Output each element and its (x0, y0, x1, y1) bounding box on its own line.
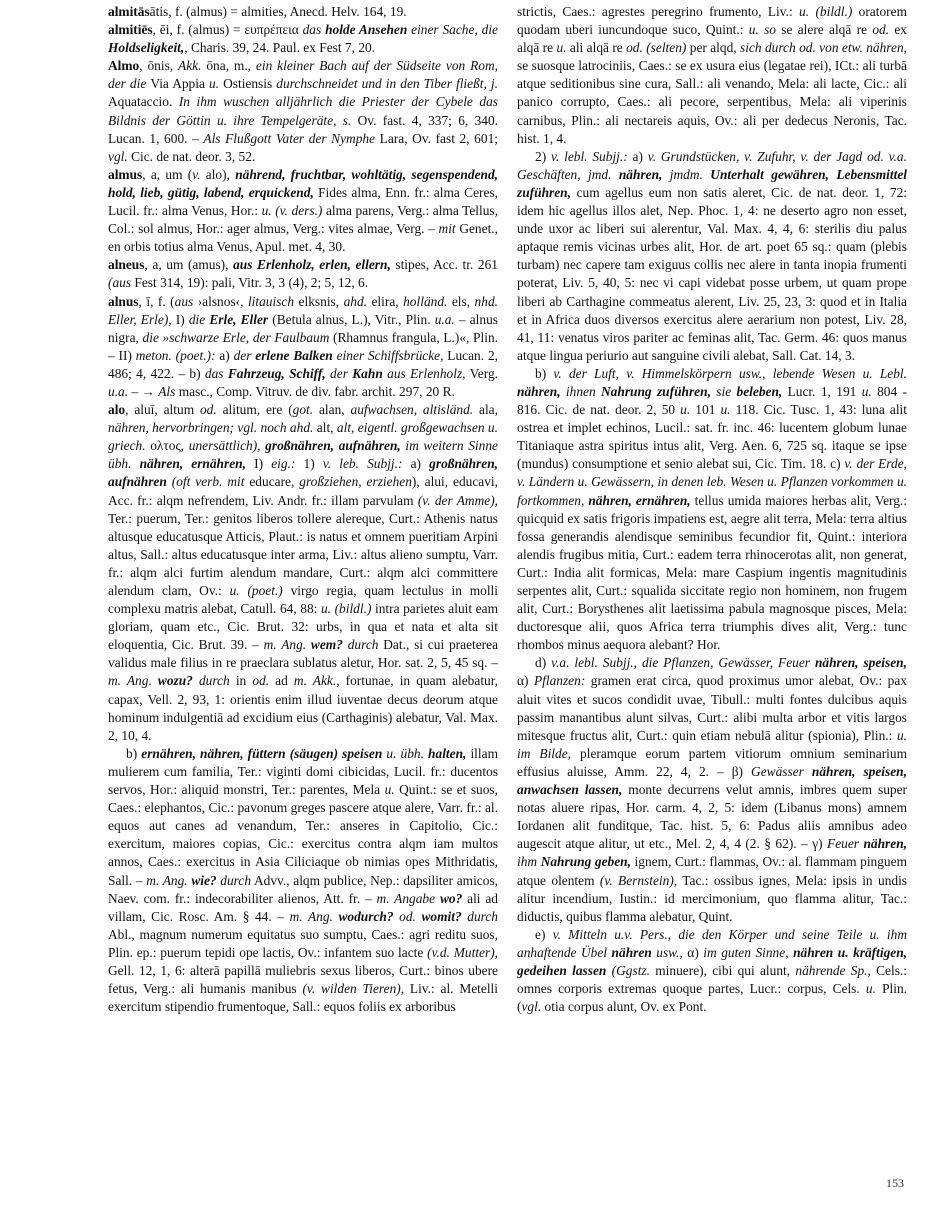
entry-text: tellus umida maiores herbas alit, Verg.:… (517, 493, 907, 653)
entry-text: ihm (517, 854, 541, 869)
entry-text: strictis, Caes.: agrestes peregrino frum… (517, 4, 799, 19)
entry-text: u. (556, 40, 566, 55)
entry-text: wo? (440, 891, 462, 906)
entry-text: per alqd, (686, 40, 740, 55)
entry-text: a) (628, 149, 648, 164)
entry-text: Ostiensis (219, 76, 276, 91)
entry-text: se suosque latrociniis, Caes.: se ex usu… (517, 58, 907, 145)
entry-text: v.a. lebl. Subjj., die Pflanzen, Gewässe… (551, 655, 815, 670)
entry-text: , ēi, f. (almus) = ευπρέπεια (153, 22, 303, 37)
entry-text: aus Erlenholz, erlen, ellern, (233, 257, 391, 272)
entry-text: u. (poet.) (230, 583, 283, 598)
entry-text: sich durch od. von etw. nähren, (740, 40, 907, 55)
entry-text: sie (711, 384, 737, 399)
entry-text: aufwachsen, altisländ. (351, 402, 474, 417)
entry-text: Verg. (466, 366, 499, 381)
entry-text: ernähren, nähren, füttern (säugen) speis… (141, 746, 382, 761)
entry-text: v. (192, 167, 200, 182)
entry-text: (oft verb. mit (172, 474, 245, 489)
entry-text: u. (680, 402, 690, 417)
entry-text: u. (862, 384, 872, 399)
entry-text: alt, (313, 420, 337, 435)
entry-text: m. Akk., (294, 673, 340, 688)
entry-text: u. so (749, 22, 776, 37)
entry-text: α) (517, 673, 534, 688)
entry-text: u. (v. ders.) (262, 203, 323, 218)
headword: alnus (108, 294, 139, 309)
entry-text: einer Sache, die (407, 22, 498, 37)
dictionary-page: almitāsātis, f. (almus) = almities, Anec… (0, 0, 935, 1210)
entry-text: eig.: (271, 456, 295, 471)
entry-text: (v. wilden Tieren), (302, 981, 404, 996)
dictionary-entry: alneus, a, um (amus), aus Erlenholz, erl… (108, 256, 498, 292)
entry-text: in (230, 673, 253, 688)
entry-text: alo), (201, 167, 236, 182)
entry-text: , a, um (amus), (144, 257, 233, 272)
entry-text: großziehen, erziehen (299, 474, 412, 489)
entry-text: , a, um ( (142, 167, 192, 182)
entry-text: u.a. (435, 312, 455, 327)
entry-text: stipes, Acc. tr. 261 (391, 257, 498, 272)
entry-text: nähren, speisen, (815, 655, 907, 670)
entry-text: Nahrung zuführen, (601, 384, 711, 399)
entry-text: Kahn (352, 366, 383, 381)
entry-text: educare, (244, 474, 299, 489)
entry-text: Pflanzen: (534, 673, 585, 688)
entry-text: b) (535, 366, 553, 381)
dictionary-entry: almitāsātis, f. (almus) = almities, Anec… (108, 3, 498, 21)
dictionary-entry: Almo, ōnis, Akk. ōna, m., ein kleiner Ba… (108, 57, 498, 166)
entry-text: einer Schiffsbrücke, (333, 348, 444, 363)
headword: almus (108, 167, 142, 182)
entry-text: – → (128, 384, 158, 399)
entry-text: nähren, ernähren, (140, 456, 246, 471)
entry-text: u. übh. (382, 746, 428, 761)
entry-text: cum agellus eum non satis aleret, Cic. d… (517, 185, 907, 363)
entry-text: od. (394, 909, 422, 924)
entry-text: ολτος, (146, 438, 189, 453)
entry-text: durchschneidet und in den Tiber fließt, … (276, 76, 498, 91)
entry-text: v. leb. Subjj.: (323, 456, 403, 471)
entry-text: I) (246, 456, 271, 471)
entry-text: alitum, ere ( (217, 402, 293, 417)
entry-text: d) (535, 655, 551, 670)
entry-text: Als (158, 384, 175, 399)
entry-text: nähren, ernähren, (588, 493, 690, 508)
left-column: almitāsātis, f. (almus) = almities, Anec… (108, 3, 498, 1016)
entry-text: durch (217, 873, 251, 888)
entry-text: , ōnis, (139, 58, 178, 73)
dictionary-entry: b) ernähren, nähren, füttern (säugen) sp… (108, 745, 498, 1016)
entry-text: u. (720, 402, 730, 417)
entry-text: 101 (690, 402, 720, 417)
entry-text: litauisch (248, 294, 294, 309)
entry-text: aus Erlenholz, (383, 366, 466, 381)
entry-text: I) (172, 312, 189, 327)
entry-text: nähren, (863, 836, 907, 851)
entry-text: ala, (473, 402, 498, 417)
headword: Almo (108, 58, 139, 73)
entry-text: u. (bildl.) (321, 601, 371, 616)
entry-text: (Ggstz. (612, 963, 650, 978)
entry-text: Akk. (178, 58, 201, 73)
entry-text: m. Ang. (108, 673, 158, 688)
headword: almitiēs (108, 22, 153, 37)
entry-text: Erle, Eller (209, 312, 268, 327)
dictionary-entry: almus, a, um (v. alo), nährend, fruchtba… (108, 166, 498, 256)
entry-text: ad (269, 673, 294, 688)
entry-text: Feuer (827, 836, 863, 851)
entry-text: nähren (612, 945, 652, 960)
entry-text: ali alqā re (567, 40, 627, 55)
dictionary-entry: alnus, ī, f. (aus ›alsnos‹, litauisch el… (108, 293, 498, 402)
entry-text: jmdm. (662, 167, 710, 182)
page-number: 153 (886, 1176, 904, 1191)
entry-text: (v. der Amme), (418, 493, 498, 508)
entry-text: wem? (311, 637, 343, 652)
entry-text: , Charis. 39, 24. Paul. ex Fest 7, 20. (184, 40, 375, 55)
entry-text: usw., (652, 945, 683, 960)
entry-text: ātis, f. (almus) = almities, Anecd. Helv… (150, 4, 407, 19)
entry-text: der (326, 366, 353, 381)
entry-text: m. Ang. (290, 909, 339, 924)
entry-text: od. (252, 673, 269, 688)
entry-text: 2) (535, 149, 551, 164)
entry-text: od. (872, 22, 889, 37)
entry-text: durch (462, 909, 498, 924)
entry-text: m. Ang. (146, 873, 191, 888)
entry-text: elira, (367, 294, 403, 309)
entry-text: elksnis, (294, 294, 344, 309)
entry-text: (aus (108, 275, 131, 290)
entry-text: durch (193, 673, 230, 688)
entry-text: ›alsnos‹, (193, 294, 248, 309)
entry-text: m. Ang. (264, 637, 311, 652)
headword: alneus (108, 257, 144, 272)
entry-text: (v. Bernstein), (600, 873, 677, 888)
entry-text: vgl. (108, 149, 128, 164)
headword: almitās (108, 4, 150, 19)
dictionary-entry: d) v.a. lebl. Subjj., die Pflanzen, Gewä… (517, 654, 907, 925)
headword: alo (108, 402, 125, 417)
dictionary-entry: e) v. Mitteln u.v. Pers., die den Körper… (517, 926, 907, 1016)
entry-text: els, (447, 294, 474, 309)
entry-text: die »schwarze Erle, der Faulbaum (143, 330, 330, 345)
entry-text: masc., Comp. Vitruv. de div. fabr. archi… (175, 384, 455, 399)
entry-text: u. (385, 782, 395, 797)
entry-text: b) (126, 746, 141, 761)
entry-text: Gewässer (751, 764, 812, 779)
entry-text: nähren, (517, 384, 561, 399)
entry-text: Holdseligkeit, (108, 40, 184, 55)
entry-text: das (205, 366, 228, 381)
entry-text: die (189, 312, 210, 327)
entry-text: durch (343, 637, 379, 652)
entry-text: das (303, 22, 325, 37)
entry-text: (v.d. Mutter), (427, 945, 498, 960)
entry-text: od. (selten) (626, 40, 686, 55)
entry-text: , ī, f. ( (139, 294, 175, 309)
entry-text: aus (175, 294, 194, 309)
entry-text: ōna, m., (201, 58, 255, 73)
entry-text: meton. (poet.): (136, 348, 216, 363)
entry-text: mit (439, 221, 456, 236)
entry-text: u. (866, 981, 876, 996)
entry-text: großnähren, aufnähren, (265, 438, 401, 453)
entry-text: Als Flußgott Vater der Nymphe (203, 131, 375, 146)
entry-text: Fahrzeug, Schiff, (228, 366, 326, 381)
entry-text: der (234, 348, 256, 363)
dictionary-entry: b) v. der Luft, v. Himmelskörpern usw., … (517, 365, 907, 655)
entry-text: holde Ansehen (325, 22, 407, 37)
entry-text: se alere alqā re (776, 22, 872, 37)
entry-text: Nahrung geben, (541, 854, 631, 869)
dictionary-entry: 2) v. lebl. Subjj.: a) v. Grundstücken, … (517, 148, 907, 365)
dictionary-entry: strictis, Caes.: agrestes peregrino frum… (517, 3, 907, 148)
entry-text: beleben, (737, 384, 783, 399)
entry-text: Lara, Ov. fast 2, 601; (375, 131, 498, 146)
entry-text: wozu? (158, 673, 193, 688)
entry-text: wodurch? (338, 909, 393, 924)
entry-text: 1) (295, 456, 322, 471)
entry-text: ahd. (344, 294, 367, 309)
entry-text: minuere), cibi qui alunt, (650, 963, 795, 978)
entry-text: a) (402, 456, 429, 471)
entry-text: Lucr. 1, 191 (782, 384, 861, 399)
entry-text: wie? (191, 873, 216, 888)
entry-text: m. Angabe (377, 891, 440, 906)
entry-text: u.a. (108, 384, 128, 399)
entry-text: Aquataccio. (108, 94, 179, 109)
dictionary-entry: alo, aluī, altum od. alitum, ere (got. a… (108, 401, 498, 745)
entry-text: im guten Sinne, (703, 945, 793, 960)
entry-text: alan, (313, 402, 350, 417)
entry-text: v. der Luft, v. Himmelskörpern usw., leb… (553, 366, 907, 381)
entry-text: od. (200, 402, 217, 417)
entry-text: nährende Sp., (795, 963, 870, 978)
entry-text: Fest 314, 19): pali, Vitr. 3, 3 (4), 2; … (131, 275, 368, 290)
entry-text: nähren, hervorbringen; vgl. noch ahd. (108, 420, 313, 435)
entry-text: vgl. (521, 999, 541, 1014)
right-column: strictis, Caes.: agrestes peregrino frum… (517, 3, 907, 1016)
entry-text: got. (293, 402, 313, 417)
entry-text: Cic. de nat. deor. 3, 52. (128, 149, 256, 164)
entry-text: holländ. (403, 294, 447, 309)
entry-text: unersättlich), (189, 438, 261, 453)
entry-text: erlene Balken (255, 348, 333, 363)
entry-text: u. (209, 76, 219, 91)
entry-text: u. (bildl.) (799, 4, 852, 19)
dictionary-entry: almitiēs, ēi, f. (almus) = ευπρέπεια das… (108, 21, 498, 57)
entry-text: α) (683, 945, 704, 960)
entry-text: Via Appia (150, 76, 209, 91)
entry-text: a) (215, 348, 233, 363)
entry-text: halten, (428, 746, 466, 761)
entry-text: (Betula alnus, L.), Vitr., Plin. (268, 312, 435, 327)
entry-text: ihnen (561, 384, 601, 399)
entry-text: , aluī, altum (125, 402, 200, 417)
entry-text: otia corpus alunt, Ov. ex Pont. (541, 999, 706, 1014)
entry-text: womit? (421, 909, 461, 924)
entry-text: e) (535, 927, 553, 942)
entry-text: nähren, (619, 167, 663, 182)
entry-text: v. lebl. Subjj.: (551, 149, 628, 164)
